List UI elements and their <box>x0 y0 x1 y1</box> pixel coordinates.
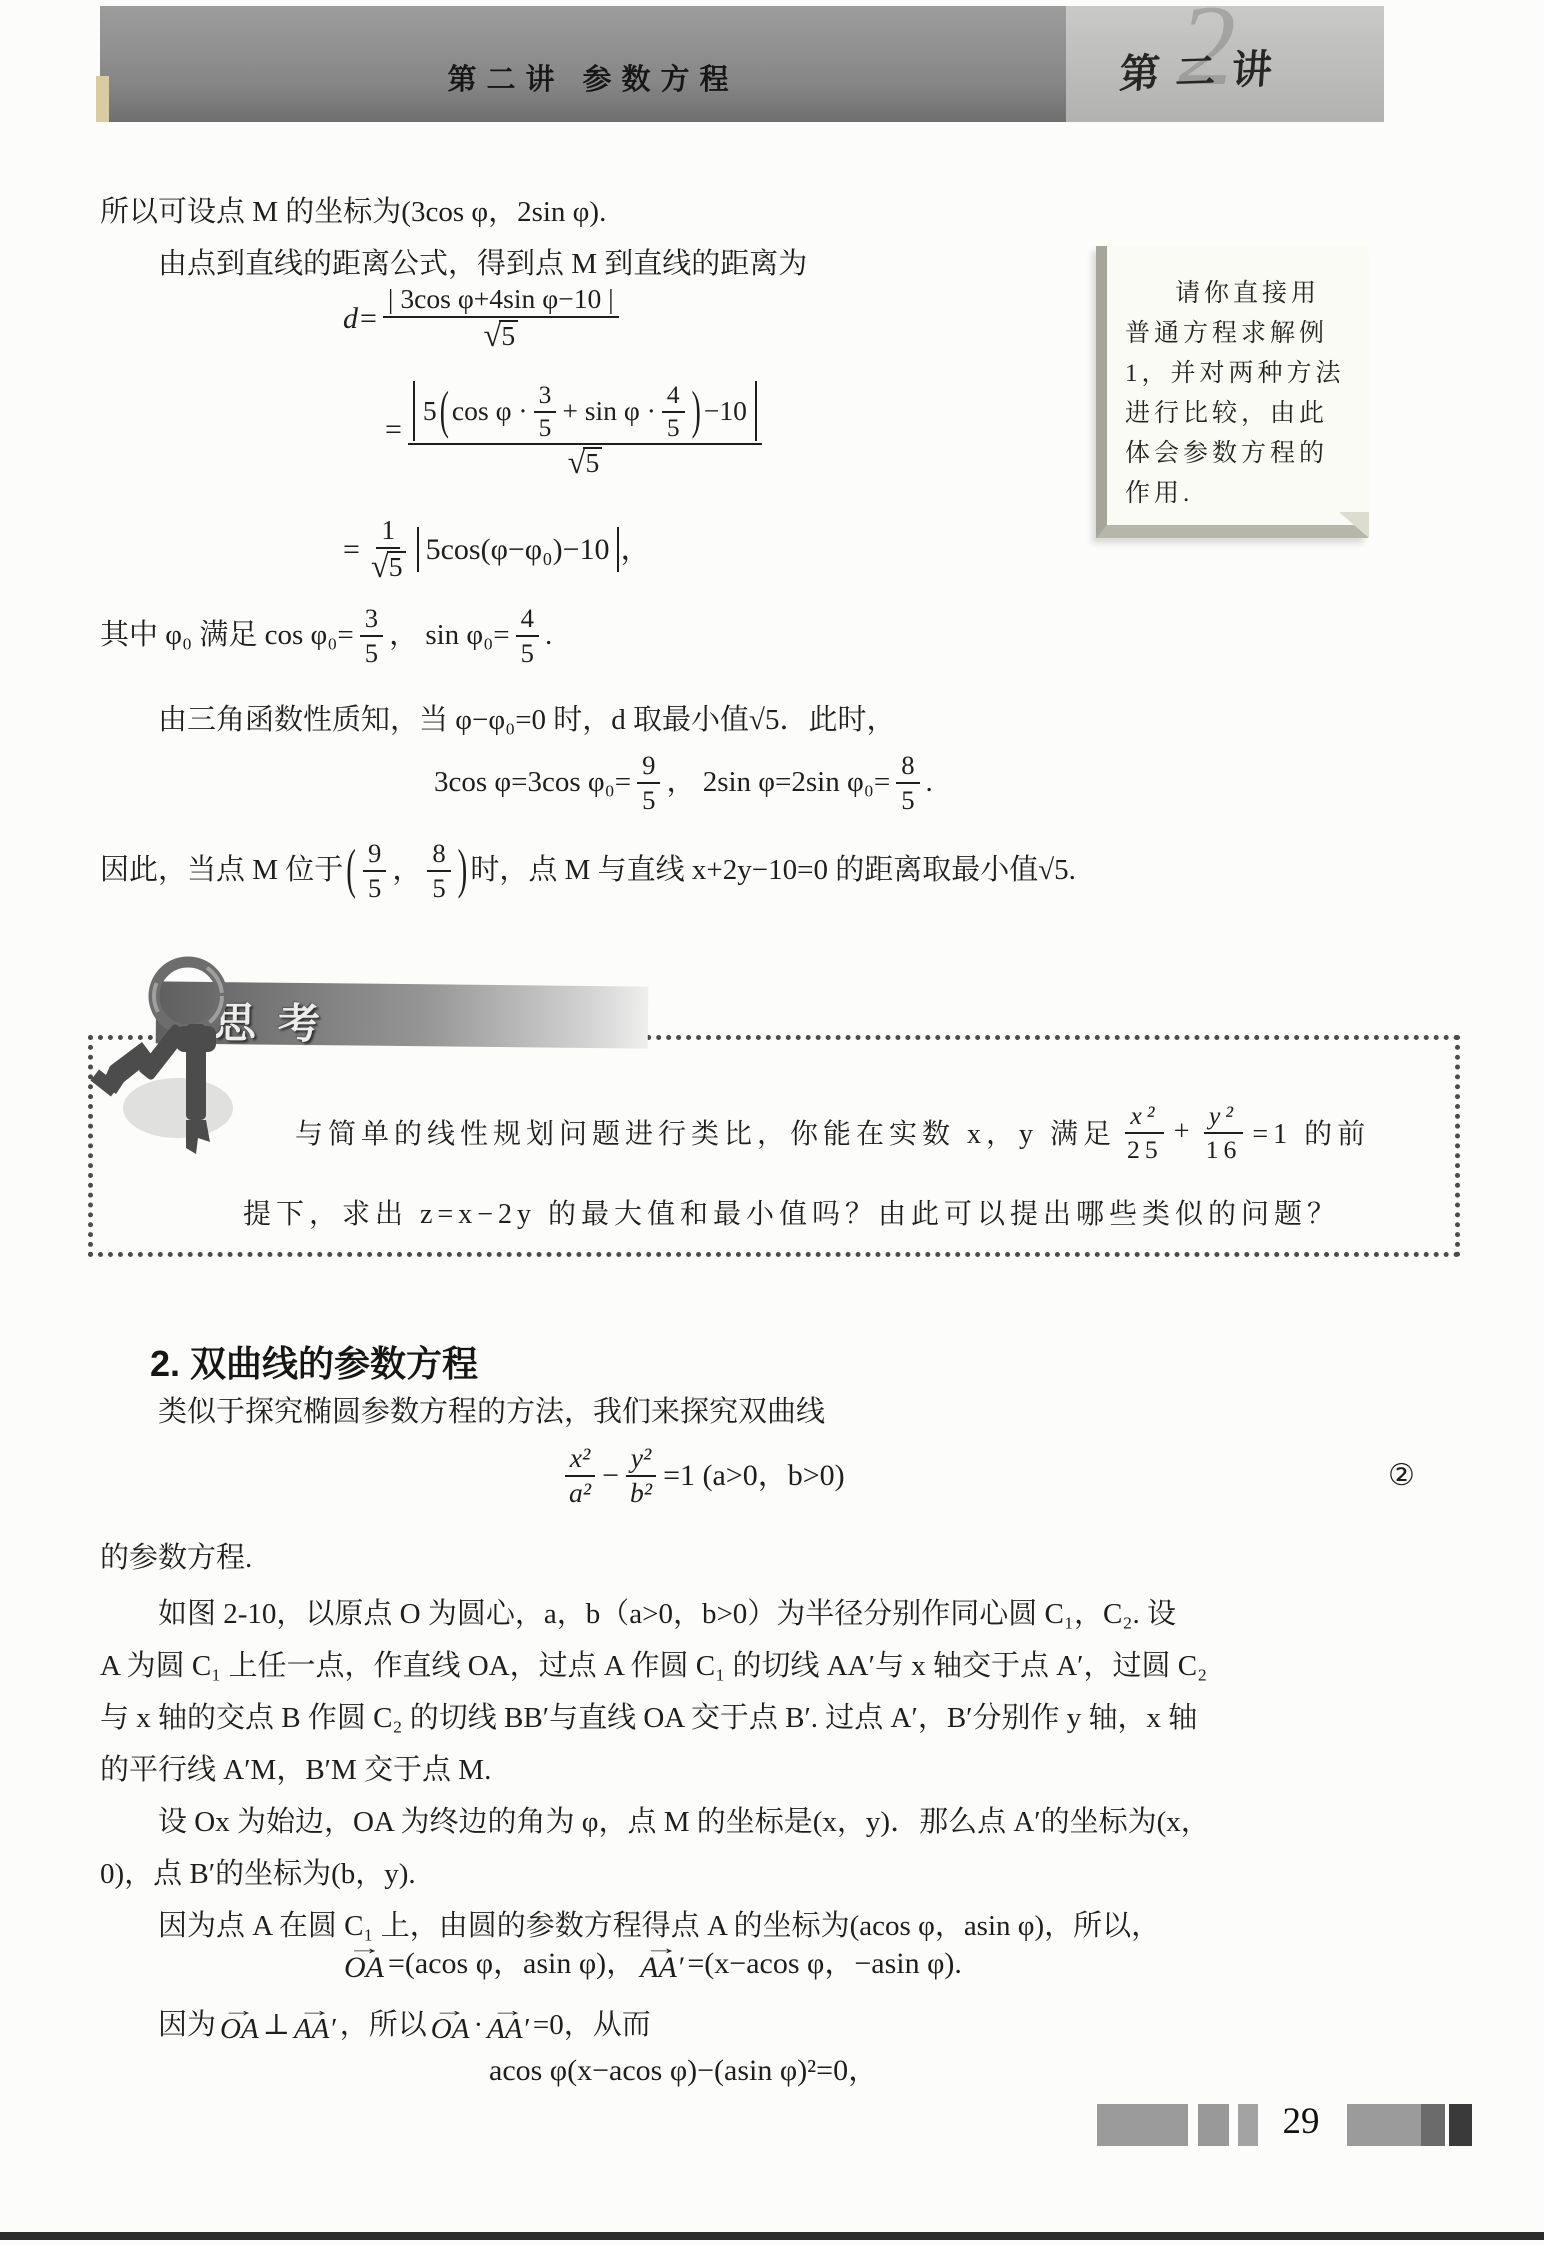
equation-distance-3: = 1 √5 5cos(φ−φ₀)−10 ， <box>343 515 651 584</box>
fraction: 1 √5 <box>366 515 411 584</box>
footer-block <box>1238 2104 1258 2146</box>
denominator: a² <box>564 1477 596 1508</box>
footer-block <box>1421 2104 1445 2146</box>
fraction: 45 <box>662 381 685 441</box>
text-run: 因此，当点 M 位于 <box>100 852 343 888</box>
page-number: 29 <box>1262 2100 1340 2143</box>
vector-arrow: → <box>644 1944 679 1953</box>
equals-sign: = <box>385 411 402 449</box>
numerator: 9 <box>637 750 660 783</box>
text-run: 因为 <box>158 2007 216 2043</box>
math-term: 3cos φ=3cos φ₀= <box>434 764 631 800</box>
numerator: y² <box>1204 1101 1243 1133</box>
numerator: 5 ( cos φ · 35 + sin φ · 45 ) −10 <box>408 380 762 445</box>
fraction: 5 ( cos φ · 35 + sin φ · 45 ) −10 √5 <box>408 380 762 480</box>
math-term: + sin φ · <box>562 397 656 426</box>
absolute-value-group: 5 ( cos φ · 35 + sin φ · 45 ) −10 <box>413 381 757 441</box>
section-heading: 2. 双曲线的参数方程 <box>150 1336 478 1387</box>
note-fold-corner <box>1339 512 1369 538</box>
numerator: 3 <box>534 381 557 413</box>
margin-note-line: 体会参数方程的 <box>1125 434 1362 474</box>
text-run: =1 的前 <box>1252 1112 1370 1152</box>
keys-icon <box>58 938 258 1188</box>
body-line: 与 x 轴的交点 B 作圆 C₂ 的切线 BB′与直线 OA 交于点 B′. 过… <box>100 1700 1197 1736</box>
numerator: x² <box>1125 1101 1164 1133</box>
body-line-perp: 因为 →OA ⊥ →AA′ ，所以 →OA · →AA′ =0，从而 <box>158 2006 651 2044</box>
body-line: 由三角函数性质知，当 φ−φ₀=0 时，d 取最小值√5．此时， <box>158 702 895 738</box>
margin-note-line: 普通方程求解例 <box>1125 314 1362 354</box>
text-run: 时，点 M 与直线 x+2y−10=0 的距离取最小值√5. <box>470 852 1076 888</box>
chapter-title: 第二讲 参数方程 <box>383 57 803 98</box>
equation-vectors: →OA =(acos φ，asin φ)， →AA′ =(x−acos φ，−a… <box>342 1944 962 1983</box>
denominator: √5 <box>563 445 608 480</box>
math-term: =1 (a>0，b>0) <box>663 1457 845 1495</box>
denominator: 5 <box>637 784 660 814</box>
radicand: 5 <box>387 551 406 582</box>
denominator: √5 <box>478 318 523 353</box>
denominator: b² <box>625 1477 657 1508</box>
denominator: 5 <box>896 784 919 814</box>
think-line-2: 提下，求出 z=x−2y 的最大值和最小值吗？由此可以提出哪些类似的问题？ <box>243 1192 1340 1232</box>
fraction: 85 <box>896 750 919 813</box>
math-term: . <box>926 764 933 800</box>
equation-number: ② <box>1388 1458 1415 1493</box>
math-term: =(acos φ，asin φ)， <box>388 1945 636 1983</box>
fraction: x²25 <box>1122 1101 1168 1162</box>
plus-sign: + <box>1174 1116 1195 1148</box>
equation-final: acos φ(x−acos φ)−(asin φ)²=0， <box>489 2052 878 2090</box>
body-line: 所以可设点 M 的坐标为(3cos φ，2sin φ). <box>100 194 606 230</box>
body-line-qizhong: 其中 φ₀ 满足 cos φ₀= 35 ， sin φ₀= 45 . <box>100 600 552 670</box>
fraction: 95 <box>363 838 386 901</box>
vector-OA: →OA <box>220 2006 259 2044</box>
vector-AA-prime: →AA′ <box>640 1944 683 1983</box>
footer-block <box>1198 2104 1229 2146</box>
denominator: 5 <box>516 637 539 667</box>
big-paren-close: ) <box>457 836 469 905</box>
equation-hyperbola: x²a² − y²b² =1 (a>0，b>0) <box>560 1443 845 1508</box>
body-line: A 为圆 C₁ 上任一点，作直线 OA，过点 A 作圆 C₁ 的切线 AA′与 … <box>100 1648 1207 1684</box>
math-term: cos φ · <box>452 397 528 426</box>
numerator: 4 <box>516 603 539 636</box>
fraction: 35 <box>534 381 557 441</box>
think-line-1: 与简单的线性规划问题进行类比，你能在实数 x，y 满足 x²25 + y²16 … <box>243 1096 1370 1168</box>
numerator: 8 <box>896 750 919 783</box>
text-run: =0，从而 <box>533 2007 651 2043</box>
vector-OA: →OA <box>431 2006 470 2044</box>
textbook-page: 第二讲 参数方程 2 第二讲 请你直接用 普通方程求解例 1，并对两种方法 进行… <box>0 0 1544 2245</box>
numerator: 4 <box>662 381 685 413</box>
vector-OA: →OA <box>344 1944 384 1983</box>
margin-note-line: 请你直接用 <box>1125 274 1362 314</box>
dot-product-sign: · <box>473 2007 483 2043</box>
header-tab-label: 第二讲 <box>1118 37 1291 100</box>
margin-note: 请你直接用 普通方程求解例 1，并对两种方法 进行比较，由此 体会参数方程的 作… <box>1096 246 1368 538</box>
fraction: 85 <box>427 838 450 901</box>
text-run: 与简单的线性规划问题进行类比，你能在实数 x，y 满足 <box>295 1112 1116 1152</box>
denominator: 5 <box>534 413 557 442</box>
margin-note-line: 进行比较，由此 <box>1125 394 1362 434</box>
math-var: d <box>343 300 358 338</box>
equals-sign: = <box>360 300 377 338</box>
body-line: 设 Ox 为始边，OA 为终边的角为 φ，点 M 的坐标是(x，y)．那么点 A… <box>158 1804 1210 1840</box>
fraction: y²b² <box>625 1443 657 1508</box>
numerator: y² <box>626 1443 657 1477</box>
body-line: 的平行线 A′M，B′M 交于点 M. <box>100 1752 491 1788</box>
vector-arrow: → <box>491 2006 525 2015</box>
fraction: y²16 <box>1201 1101 1247 1162</box>
margin-note-line: 1，并对两种方法 <box>1125 354 1362 394</box>
math-term: ， <box>621 531 651 569</box>
denominator: 25 <box>1122 1134 1168 1163</box>
scan-artifact <box>96 76 109 122</box>
page-bottom-edge <box>0 2232 1544 2240</box>
vector-arrow: → <box>298 2006 332 2015</box>
vector-arrow: → <box>346 1944 381 1953</box>
equals-sign: = <box>343 531 360 569</box>
numerator: 3 <box>360 603 383 636</box>
numerator: 8 <box>427 838 450 871</box>
text-run: . <box>545 617 552 653</box>
equation-distance-2: = 5 ( cos φ · 35 + sin φ · 45 ) −10 √5 <box>385 380 766 480</box>
fraction: | 3cos φ+4sin φ−10 | √5 <box>383 284 619 353</box>
math-term: =(x−acos φ，−asin φ). <box>687 1945 962 1983</box>
text-run: 其中 φ₀ 满足 cos φ₀= <box>100 617 354 653</box>
footer-block <box>1347 2104 1421 2146</box>
math-term: ， 2sin φ=2sin φ₀= <box>666 764 890 800</box>
numerator: 1 <box>376 515 400 549</box>
denominator: √5 <box>366 549 411 584</box>
vector-AA-prime: →AA′ <box>294 2006 336 2044</box>
equation-mid: 3cos φ=3cos φ₀= 95 ， 2sin φ=2sin φ₀= 85 … <box>434 750 933 814</box>
body-line: 0)，点 B′的坐标为(b，y). <box>100 1856 416 1892</box>
body-line: 由点到直线的距离公式，得到点 M 到直线的距离为 <box>158 246 807 282</box>
denominator: 5 <box>363 872 386 902</box>
footer-block <box>1449 2104 1472 2146</box>
vector-arrow: → <box>433 2006 467 2015</box>
big-paren-close: ) <box>691 384 702 439</box>
denominator: 5 <box>662 413 685 442</box>
math-term: 5 <box>423 397 437 426</box>
radicand: 5 <box>499 320 518 351</box>
denominator: 16 <box>1201 1134 1247 1163</box>
vector-arrow: → <box>222 2006 256 2015</box>
equation-distance-1: d = | 3cos φ+4sin φ−10 | √5 <box>343 284 623 353</box>
denominator: 5 <box>427 872 450 902</box>
fraction: 35 <box>360 603 383 666</box>
minus-sign: − <box>602 1457 619 1495</box>
text-run: ， <box>392 852 421 888</box>
numerator: | 3cos φ+4sin φ−10 | <box>383 284 619 318</box>
big-paren-open: ( <box>439 384 450 439</box>
fraction: 45 <box>516 603 539 666</box>
body-line: 如图 2-10，以原点 O 为圆心，a，b（a>0，b>0）为半径分别作同心圆 … <box>158 1596 1176 1632</box>
numerator: 9 <box>363 838 386 871</box>
numerator: x² <box>565 1443 596 1477</box>
perpendicular-sign: ⊥ <box>263 2007 290 2043</box>
text-run: ，所以 <box>340 2007 427 2043</box>
vector-AA-prime: →AA′ <box>487 2006 529 2044</box>
body-line: 类似于探究椭圆参数方程的方法，我们来探究双曲线 <box>158 1394 825 1430</box>
body-line: 的参数方程. <box>100 1540 252 1576</box>
margin-note-line: 作用. <box>1125 474 1362 514</box>
text-run: ， sin φ₀= <box>389 617 510 653</box>
math-term: −10 <box>704 397 747 426</box>
body-line-yinci: 因此，当点 M 位于 ( 95 ， 85 ) 时，点 M 与直线 x+2y−10… <box>100 838 1076 902</box>
radicand: 5 <box>583 447 602 478</box>
fraction: x²a² <box>564 1443 596 1508</box>
denominator: 5 <box>360 637 383 667</box>
absolute-value-group: 5cos(φ−φ₀)−10 <box>417 527 619 573</box>
big-paren-open: ( <box>345 836 357 905</box>
footer-block <box>1097 2104 1188 2146</box>
fraction: 95 <box>637 750 660 813</box>
